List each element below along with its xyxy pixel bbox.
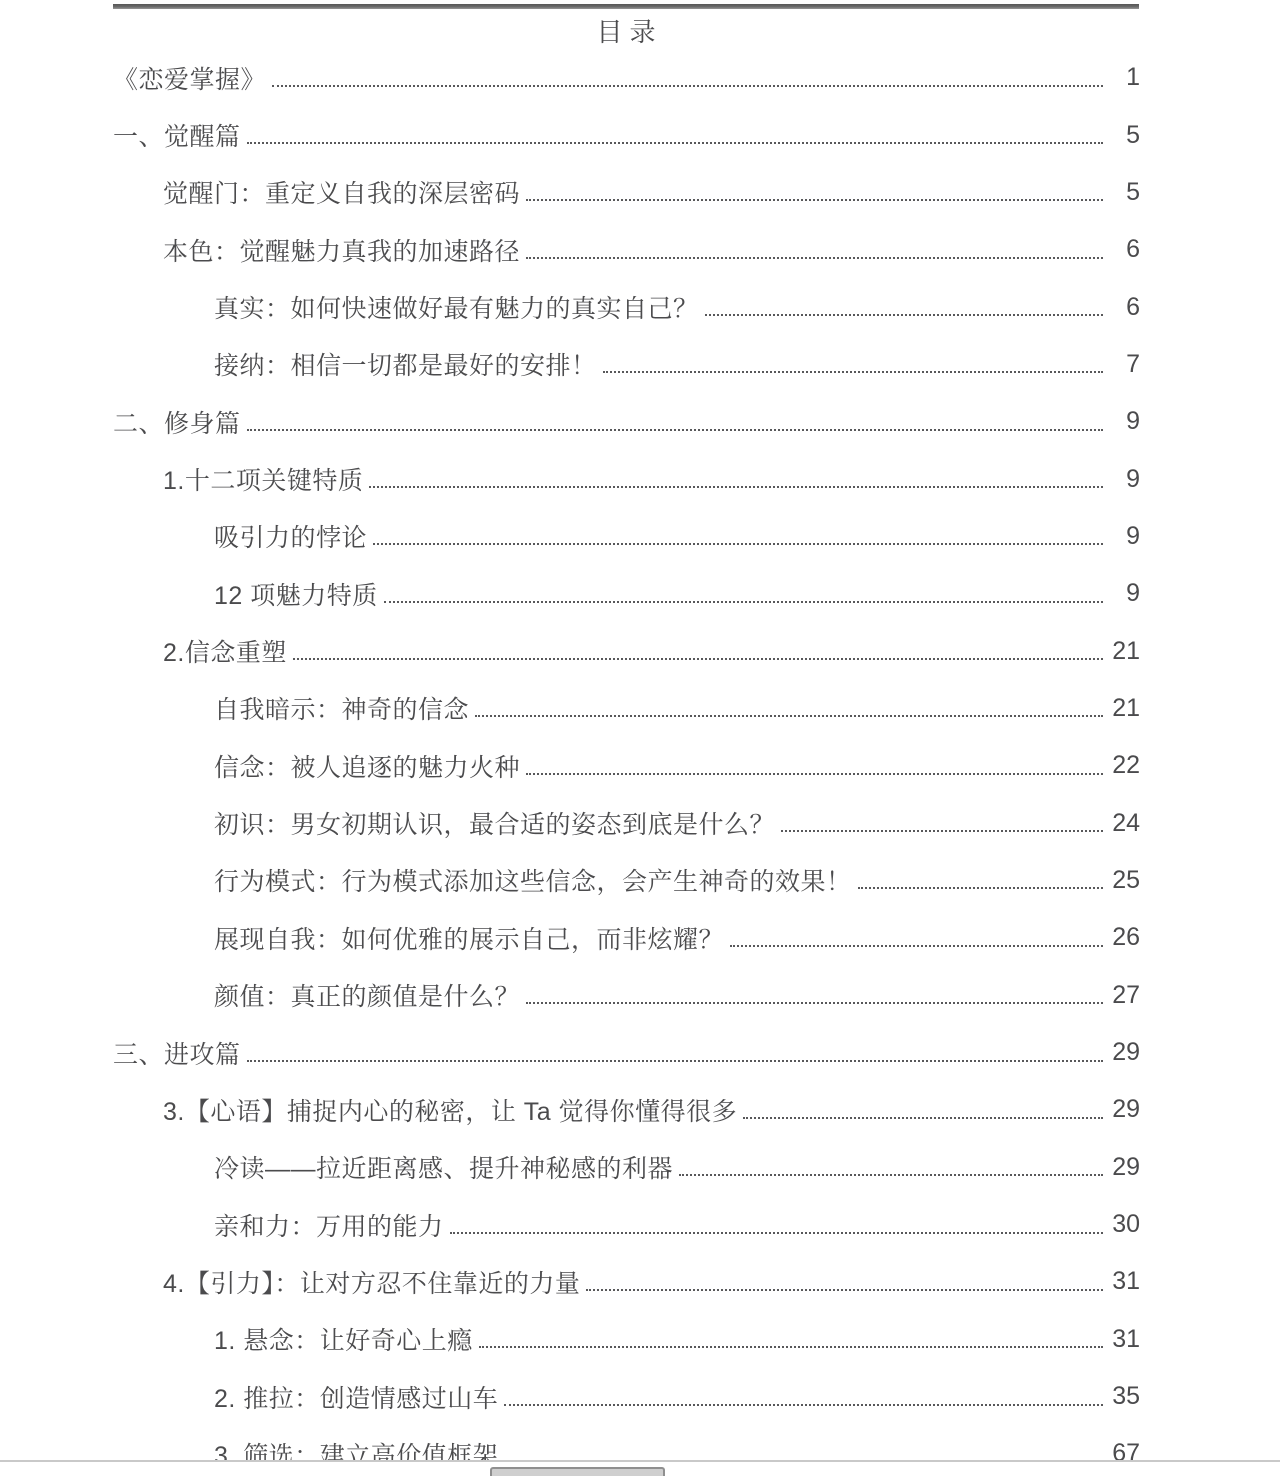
dot-leader-line [272, 85, 1103, 87]
toc-entry[interactable]: 真实：如何快速做好最有魅力的真实自己？ 6 [214, 278, 1140, 335]
dot-leader-line [373, 543, 1103, 545]
toc-entry-page-number: 30 [1106, 1210, 1140, 1239]
toc-entry[interactable]: 三、进攻篇 29 [113, 1024, 1140, 1081]
toc-entry[interactable]: 信念：被人追逐的魅力火种 22 [214, 737, 1140, 794]
dot-leader-line [293, 658, 1103, 660]
toc-entry-page-number: 24 [1106, 809, 1140, 838]
toc-entry[interactable]: 冷读——拉近距离感、提升神秘感的利器 29 [214, 1139, 1140, 1196]
toc-entry[interactable]: 二、修身篇 9 [113, 393, 1140, 450]
toc-entry[interactable]: 本色：觉醒魅力真我的加速路径 6 [163, 221, 1140, 278]
toc-entry-title: 二、修身篇 [113, 404, 241, 440]
toc-entry-page-number: 29 [1106, 1095, 1140, 1124]
toc-entry[interactable]: 12 项魅力特质 9 [214, 565, 1140, 622]
toc-entry-title: 展现自我：如何优雅的展示自己，而非炫耀？ [214, 920, 724, 956]
toc-entry[interactable]: 接纳：相信一切都是最好的安排！ 7 [214, 336, 1140, 393]
dot-leader-line [526, 1002, 1103, 1004]
toc-entry-title: 4.【引力】：让对方忍不住靠近的力量 [163, 1264, 580, 1300]
toc-entry[interactable]: 觉醒门：重定义自我的深层密码 5 [163, 164, 1140, 221]
toc-entry-title: 2. 推拉：创造情感过山车 [214, 1379, 498, 1415]
toc-entry[interactable]: 自我暗示：神奇的信念 21 [214, 680, 1140, 737]
toc-entry-title: 《恋爱掌握》 [113, 60, 266, 96]
dot-leader-line [526, 257, 1103, 259]
toc-entry-title: 冷读——拉近距离感、提升神秘感的利器 [214, 1149, 673, 1185]
toc-entry[interactable]: 3. 筛选：建立高价值框架 67 [214, 1425, 1140, 1461]
toc-entry-page-number: 7 [1106, 350, 1140, 379]
dot-leader-line [858, 887, 1103, 889]
dot-leader-line [504, 1404, 1103, 1406]
toc-entry-page-number: 35 [1106, 1382, 1140, 1411]
toc-entry-title: 颜值：真正的颜值是什么？ [214, 977, 520, 1013]
toc-entry-title: 12 项魅力特质 [214, 576, 378, 612]
toc-entry-page-number: 9 [1106, 465, 1140, 494]
toc-entry[interactable]: 1.十二项关键特质 9 [163, 450, 1140, 507]
toc-entry-page-number: 67 [1106, 1439, 1140, 1461]
toc-entry-title: 吸引力的悖论 [214, 518, 367, 554]
toc-entry-page-number: 6 [1106, 293, 1140, 322]
dot-leader-line [247, 142, 1103, 144]
page-bottom-divider [0, 1460, 1280, 1462]
toc-entry[interactable]: 颜值：真正的颜值是什么？ 27 [214, 967, 1140, 1024]
toc-entry[interactable]: 一、觉醒篇 5 [113, 106, 1140, 163]
dot-leader-line [479, 1346, 1103, 1348]
toc-entry-title: 亲和力：万用的能力 [214, 1207, 444, 1243]
toc-entry-page-number: 9 [1106, 522, 1140, 551]
toc-entry-title: 自我暗示：神奇的信念 [214, 690, 469, 726]
toc-entry-title: 一、觉醒篇 [113, 117, 241, 153]
toc-entry-title: 信念：被人追逐的魅力火种 [214, 748, 520, 784]
toc-entry-title: 觉醒门：重定义自我的深层密码 [163, 174, 520, 210]
dot-leader-line [781, 830, 1103, 832]
toc-entry-page-number: 27 [1106, 981, 1140, 1010]
dot-leader-line [247, 1060, 1103, 1062]
toc-entry-page-number: 21 [1106, 637, 1140, 666]
toc-entry-title: 行为模式：行为模式添加这些信念，会产生神奇的效果！ [214, 862, 852, 898]
toc-entry-page-number: 5 [1106, 121, 1140, 150]
toc-entry-title: 初识：男女初期认识，最合适的姿态到底是什么？ [214, 805, 775, 841]
toc-entry-page-number: 1 [1106, 63, 1140, 92]
dot-leader-line [450, 1232, 1103, 1234]
toc-entry-title: 接纳：相信一切都是最好的安排！ [214, 346, 597, 382]
dot-leader-line [475, 715, 1103, 717]
toc-entry[interactable]: 1. 悬念：让好奇心上瘾 31 [214, 1311, 1140, 1368]
toc-entry[interactable]: 2. 推拉：创造情感过山车 35 [214, 1368, 1140, 1425]
dot-leader-line [705, 314, 1103, 316]
toc-entry-page-number: 9 [1106, 407, 1140, 436]
toc-entry-page-number: 22 [1106, 751, 1140, 780]
toc-entry-title: 真实：如何快速做好最有魅力的真实自己？ [214, 289, 699, 325]
toc-title: 目录 [113, 14, 1139, 50]
toc-entry-page-number: 5 [1106, 178, 1140, 207]
toc-entry[interactable]: 2.信念重塑 21 [163, 622, 1140, 679]
dot-leader-line [586, 1289, 1103, 1291]
dot-leader-line [526, 773, 1103, 775]
toc-entry-page-number: 29 [1106, 1153, 1140, 1182]
dot-leader-line [384, 601, 1103, 603]
toc-entry[interactable]: 3.【心语】捕捉内心的秘密，让 Ta 觉得你懂得很多 29 [163, 1081, 1140, 1138]
toc-entry-title: 3.【心语】捕捉内心的秘密，让 Ta 觉得你懂得很多 [163, 1092, 737, 1128]
toc-entry-page-number: 29 [1106, 1038, 1140, 1067]
toc-entry-title: 三、进攻篇 [113, 1035, 241, 1071]
toc-entry-title: 本色：觉醒魅力真我的加速路径 [163, 232, 520, 268]
dot-leader-line [603, 371, 1103, 373]
dot-leader-line [730, 945, 1103, 947]
toc-entry[interactable]: 亲和力：万用的能力 30 [214, 1196, 1140, 1253]
toc-entry-title: 2.信念重塑 [163, 633, 287, 669]
page-content-area: 目录 《恋爱掌握》 1 一、觉醒篇 5 觉醒门：重定义自我的深层密码 5 本色：… [0, 0, 1280, 1461]
dot-leader-line [743, 1117, 1103, 1119]
toc-entry-page-number: 31 [1106, 1267, 1140, 1296]
scrollbar-thumb[interactable] [490, 1467, 665, 1476]
dot-leader-line [526, 199, 1103, 201]
toc-list: 《恋爱掌握》 1 一、觉醒篇 5 觉醒门：重定义自我的深层密码 5 本色：觉醒魅… [0, 49, 1280, 1461]
toc-entry-title: 3. 筛选：建立高价值框架 [214, 1436, 498, 1461]
toc-entry-page-number: 31 [1106, 1325, 1140, 1354]
dot-leader-line [679, 1174, 1103, 1176]
header-rule [113, 4, 1139, 9]
document-page: 目录 《恋爱掌握》 1 一、觉醒篇 5 觉醒门：重定义自我的深层密码 5 本色：… [0, 0, 1280, 1476]
dot-leader-line [369, 486, 1103, 488]
toc-entry-title: 1. 悬念：让好奇心上瘾 [214, 1321, 473, 1357]
toc-entry-page-number: 25 [1106, 866, 1140, 895]
toc-entry-page-number: 6 [1106, 235, 1140, 264]
toc-entry[interactable]: 吸引力的悖论 9 [214, 508, 1140, 565]
toc-entry-page-number: 9 [1106, 579, 1140, 608]
toc-entry-page-number: 21 [1106, 694, 1140, 723]
toc-entry[interactable]: 行为模式：行为模式添加这些信念，会产生神奇的效果！ 25 [214, 852, 1140, 909]
dot-leader-line [247, 429, 1103, 431]
toc-entry[interactable]: 4.【引力】：让对方忍不住靠近的力量 31 [163, 1253, 1140, 1310]
toc-entry[interactable]: 《恋爱掌握》 1 [113, 49, 1140, 106]
toc-entry-title: 1.十二项关键特质 [163, 461, 363, 497]
toc-entry[interactable]: 展现自我：如何优雅的展示自己，而非炫耀？ 26 [214, 909, 1140, 966]
toc-entry-page-number: 26 [1106, 923, 1140, 952]
toc-entry[interactable]: 初识：男女初期认识，最合适的姿态到底是什么？ 24 [214, 794, 1140, 851]
